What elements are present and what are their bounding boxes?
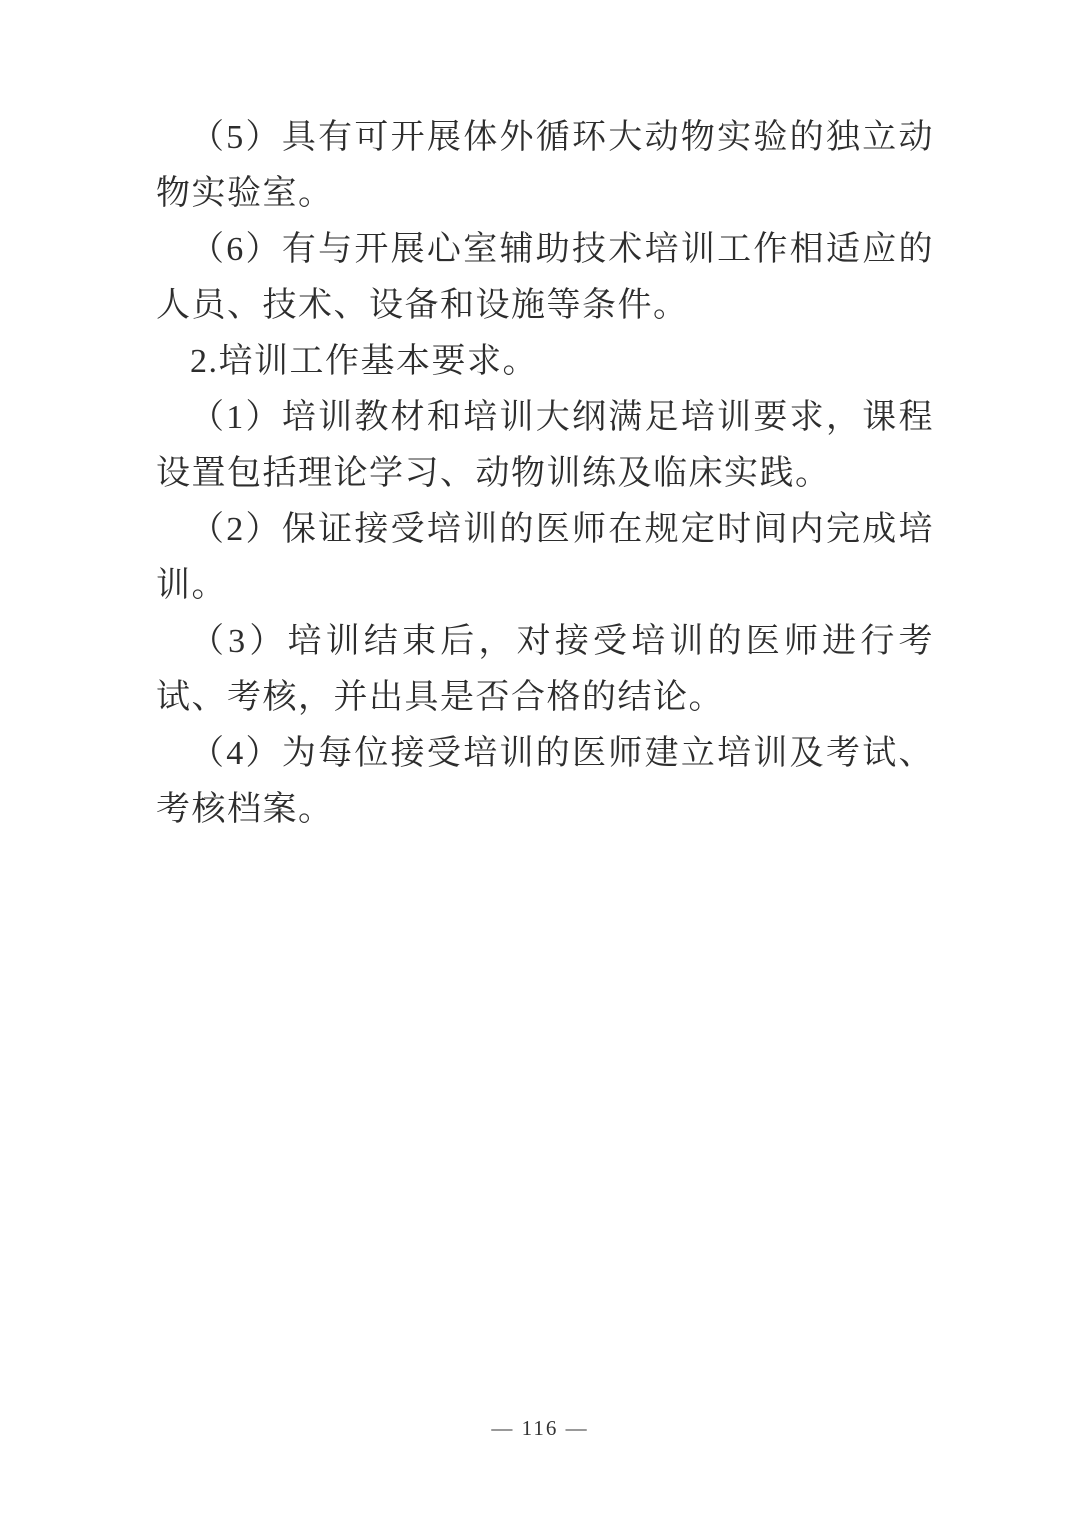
paragraph-item-3: （3）培训结束后，对接受培训的医师进行考试、考核，并出具是否合格的结论。: [156, 614, 934, 726]
paragraph-item-1: （1）培训教材和培训大纲满足培训要求，课程设置包括理论学习、动物训练及临床实践。: [156, 390, 934, 502]
paragraph-section-2: 2.培训工作基本要求。: [156, 334, 934, 390]
paragraph-item-5: （5）具有可开展体外循环大动物实验的独立动物实验室。: [156, 110, 934, 222]
paragraph-item-4: （4）为每位接受培训的医师建立培训及考试、考核档案。: [156, 726, 934, 838]
paragraph-item-2: （2）保证接受培训的医师在规定时间内完成培训。: [156, 502, 934, 614]
page-number: — 116 —: [491, 1416, 588, 1440]
document-body: （5）具有可开展体外循环大动物实验的独立动物实验室。 （6）有与开展心室辅助技术…: [156, 110, 934, 838]
document-page: （5）具有可开展体外循环大动物实验的独立动物实验室。 （6）有与开展心室辅助技术…: [0, 0, 1080, 1526]
paragraph-item-6: （6）有与开展心室辅助技术培训工作相适应的人员、技术、设备和设施等条件。: [156, 222, 934, 334]
page-footer: — 116 —: [0, 1416, 1080, 1441]
